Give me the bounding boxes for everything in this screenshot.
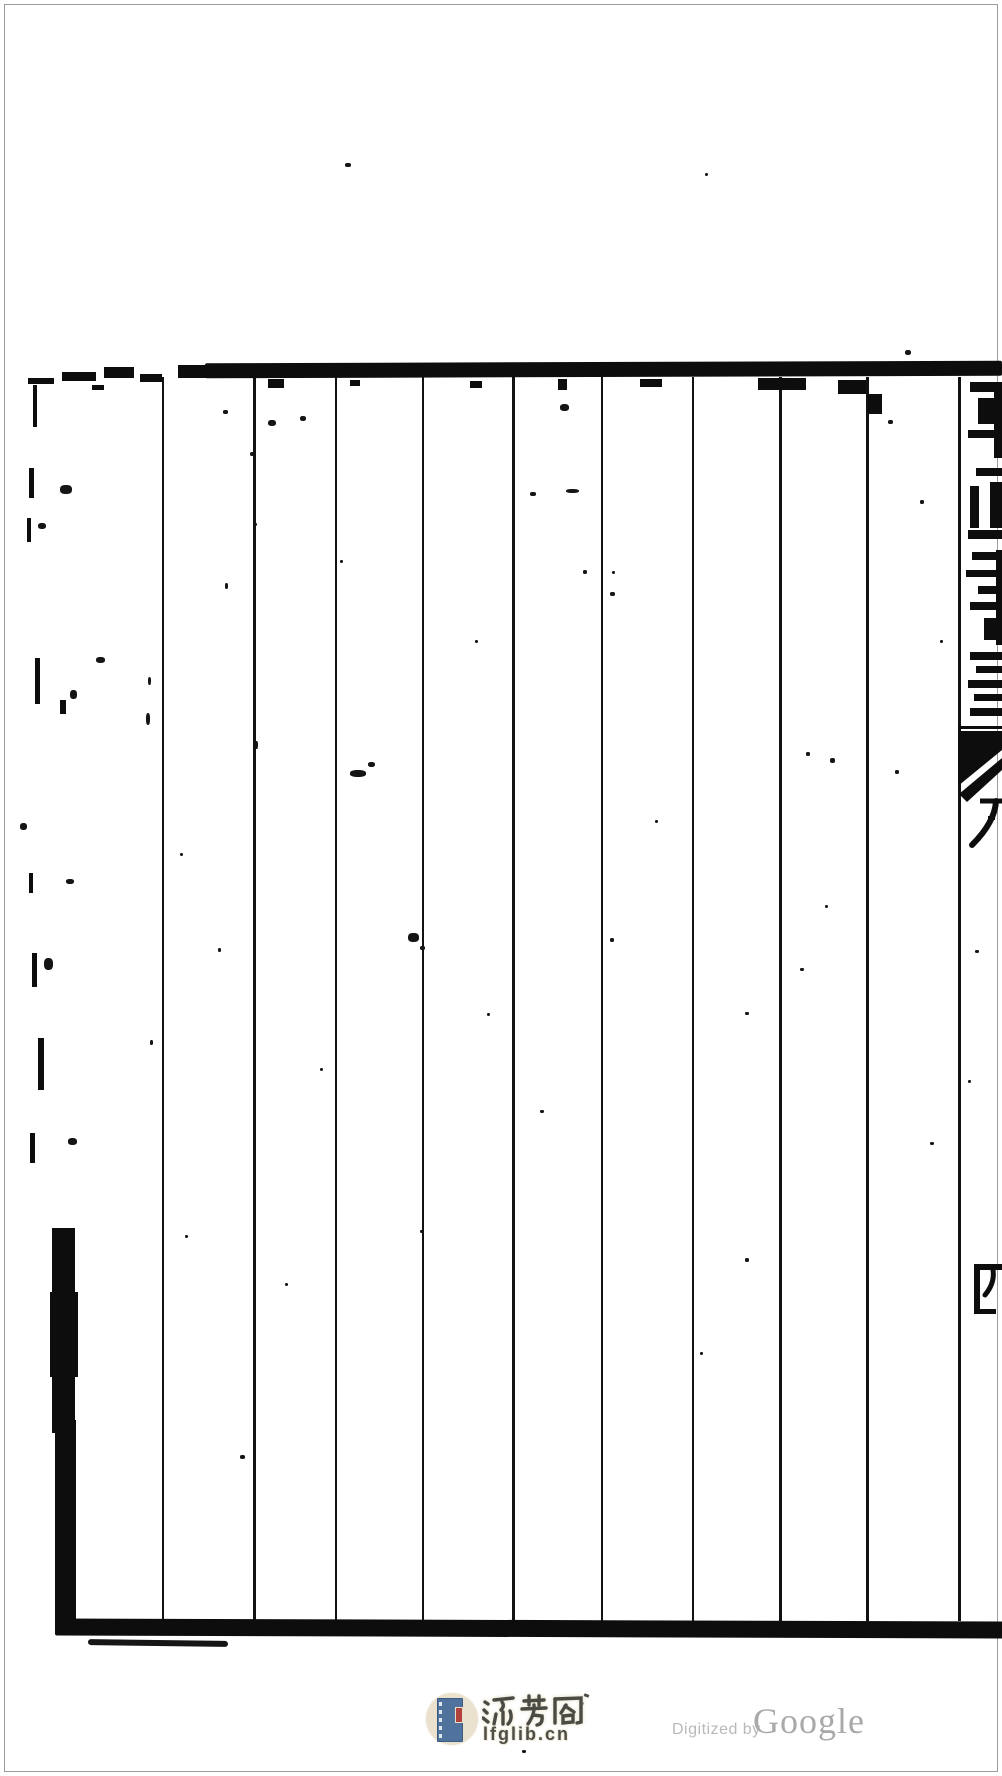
- ink-speck: [408, 933, 419, 942]
- column-rule: [601, 377, 603, 1621]
- ink-speck: [44, 958, 53, 970]
- ink-speck: [240, 1455, 245, 1459]
- frame-top-border-fragment: [140, 374, 162, 382]
- frame-top-border-fragment: [28, 378, 54, 384]
- book-stitch-dot: [439, 1734, 442, 1738]
- ink-speck: [745, 1012, 749, 1015]
- banxin-title-fragment: [970, 652, 1002, 660]
- frame-left-border-fragment: [38, 1038, 44, 1090]
- ink-smudge: [350, 380, 360, 386]
- frame-top-border-fragment: [62, 372, 96, 381]
- ink-speck: [38, 523, 46, 529]
- frame-left-border-fragment: [32, 953, 37, 987]
- frame-left-border-blob: [50, 1292, 78, 1377]
- banxin-title-fragment: [994, 382, 1002, 458]
- column-rule: [866, 377, 869, 1621]
- frame-left-border-fragment: [29, 873, 33, 893]
- ink-speck: [368, 762, 375, 767]
- book-stitch-dot: [439, 1718, 442, 1722]
- ink-speck: [420, 946, 425, 950]
- ink-smudge: [838, 380, 866, 394]
- banxin-title-fragment: [976, 468, 1002, 476]
- frame-left-border-fragment: [29, 468, 34, 498]
- banxin-title-fragment: [990, 482, 1002, 528]
- frame-left-border-blob: [58, 1575, 73, 1625]
- ink-speck: [530, 492, 536, 496]
- book-stitch-dot: [439, 1726, 442, 1730]
- ink-speck: [180, 853, 183, 856]
- column-rule: [335, 377, 337, 1621]
- ink-smudge: [868, 394, 882, 414]
- ink-speck: [148, 677, 151, 685]
- column-rule: [958, 377, 961, 1621]
- google-logo: Google: [753, 1703, 865, 1739]
- ink-speck: [20, 823, 27, 830]
- ink-speck: [566, 489, 579, 493]
- ink-speck: [540, 1110, 544, 1113]
- ink-speck: [920, 500, 924, 504]
- banxin-title-fragment: [976, 666, 1002, 673]
- ink-speck: [255, 741, 258, 749]
- ink-speck: [522, 1750, 526, 1753]
- ink-speck: [800, 968, 804, 971]
- ink-speck: [250, 452, 255, 456]
- banxin-title-fragment: [968, 530, 1002, 539]
- scan-edge-border: [4, 4, 998, 1772]
- digitized-by-label: Digitized by: [672, 1721, 761, 1739]
- column-rule: [512, 377, 515, 1621]
- ink-speck: [285, 1283, 288, 1286]
- ink-speck: [320, 1068, 323, 1071]
- frame-top-border-fragment: [104, 367, 134, 378]
- banxin-title-fragment: [996, 550, 1002, 645]
- ink-speck: [655, 820, 658, 823]
- ink-speck: [70, 690, 77, 699]
- scanned-page: 月 四 流芳阁: [0, 0, 1002, 1776]
- column-rule: [253, 377, 256, 1621]
- ink-speck: [968, 1080, 971, 1083]
- banxin-page-number: 四: [972, 1264, 1002, 1320]
- frame-left-border-fragment: [60, 700, 66, 714]
- ink-speck: [225, 583, 228, 589]
- ink-speck: [185, 1235, 188, 1238]
- frame-bottom-border-smudge: [88, 1639, 228, 1647]
- book-label: [455, 1707, 463, 1723]
- banxin-title-fragment: [970, 708, 1002, 716]
- frame-left-border-fragment: [33, 385, 37, 427]
- ink-speck: [223, 410, 228, 414]
- ink-speck: [888, 420, 893, 424]
- ink-speck: [66, 879, 74, 884]
- frame-left-border-fragment: [35, 658, 40, 704]
- ink-speck: [745, 1258, 749, 1262]
- ink-speck: [975, 950, 979, 953]
- column-rule: [779, 377, 782, 1621]
- ink-smudge: [470, 381, 482, 388]
- ink-speck: [895, 770, 899, 774]
- ink-speck: [475, 640, 478, 643]
- ink-speck: [610, 592, 615, 596]
- fishtail-mark-icon: [958, 731, 1002, 803]
- ink-speck: [583, 570, 587, 574]
- frame-left-border-fragment: [27, 518, 31, 542]
- ink-speck: [700, 1352, 703, 1355]
- ink-speck: [825, 905, 828, 908]
- ink-smudge: [640, 379, 662, 387]
- ink-speck: [300, 416, 306, 421]
- ink-speck: [905, 350, 911, 355]
- ink-speck: [930, 1142, 934, 1145]
- ink-speck: [96, 657, 105, 663]
- ink-smudge: [758, 378, 806, 390]
- ink-smudge: [558, 379, 567, 390]
- ink-smudge: [268, 379, 284, 388]
- ink-speck: [345, 163, 351, 167]
- banxin-title-fragment: [968, 680, 1002, 688]
- ink-speck: [146, 713, 150, 725]
- ink-speck: [68, 1138, 77, 1145]
- ink-speck: [253, 523, 257, 526]
- ink-speck: [806, 752, 810, 756]
- banxin-title-fragment: [974, 694, 1002, 701]
- ink-speck: [350, 770, 366, 777]
- banxin-title-fragment: [970, 486, 979, 528]
- banxin-divider-rule: [958, 726, 1002, 729]
- ink-speck: [705, 173, 708, 176]
- column-rule: [692, 377, 694, 1621]
- ink-speck: [60, 485, 72, 494]
- ink-speck: [340, 560, 343, 563]
- frame-top-border: [205, 361, 1002, 379]
- ink-speck: [218, 948, 221, 952]
- ink-speck: [487, 1013, 490, 1016]
- column-rule: [162, 377, 164, 1621]
- book-stitch-dot: [439, 1702, 442, 1706]
- watermark-site-url: lfglib.cn: [483, 1724, 593, 1745]
- frame-top-border-fragment: [92, 385, 104, 390]
- ink-speck: [940, 640, 943, 643]
- frame-left-border-fragment: [30, 1133, 35, 1163]
- ink-speck: [268, 420, 276, 426]
- ink-speck: [150, 1040, 153, 1045]
- watermark-site-name: 流芳阁: [482, 1694, 586, 1728]
- column-rule: [422, 377, 424, 1621]
- book-stitch-dot: [439, 1710, 442, 1714]
- ink-speck: [560, 404, 569, 411]
- ink-speck: [612, 571, 615, 574]
- ink-speck: [420, 1230, 423, 1233]
- ink-speck: [610, 938, 614, 942]
- frame-bottom-border: [55, 1619, 1002, 1639]
- banxin-partial-character: 月: [966, 798, 1002, 850]
- ink-speck: [830, 758, 835, 763]
